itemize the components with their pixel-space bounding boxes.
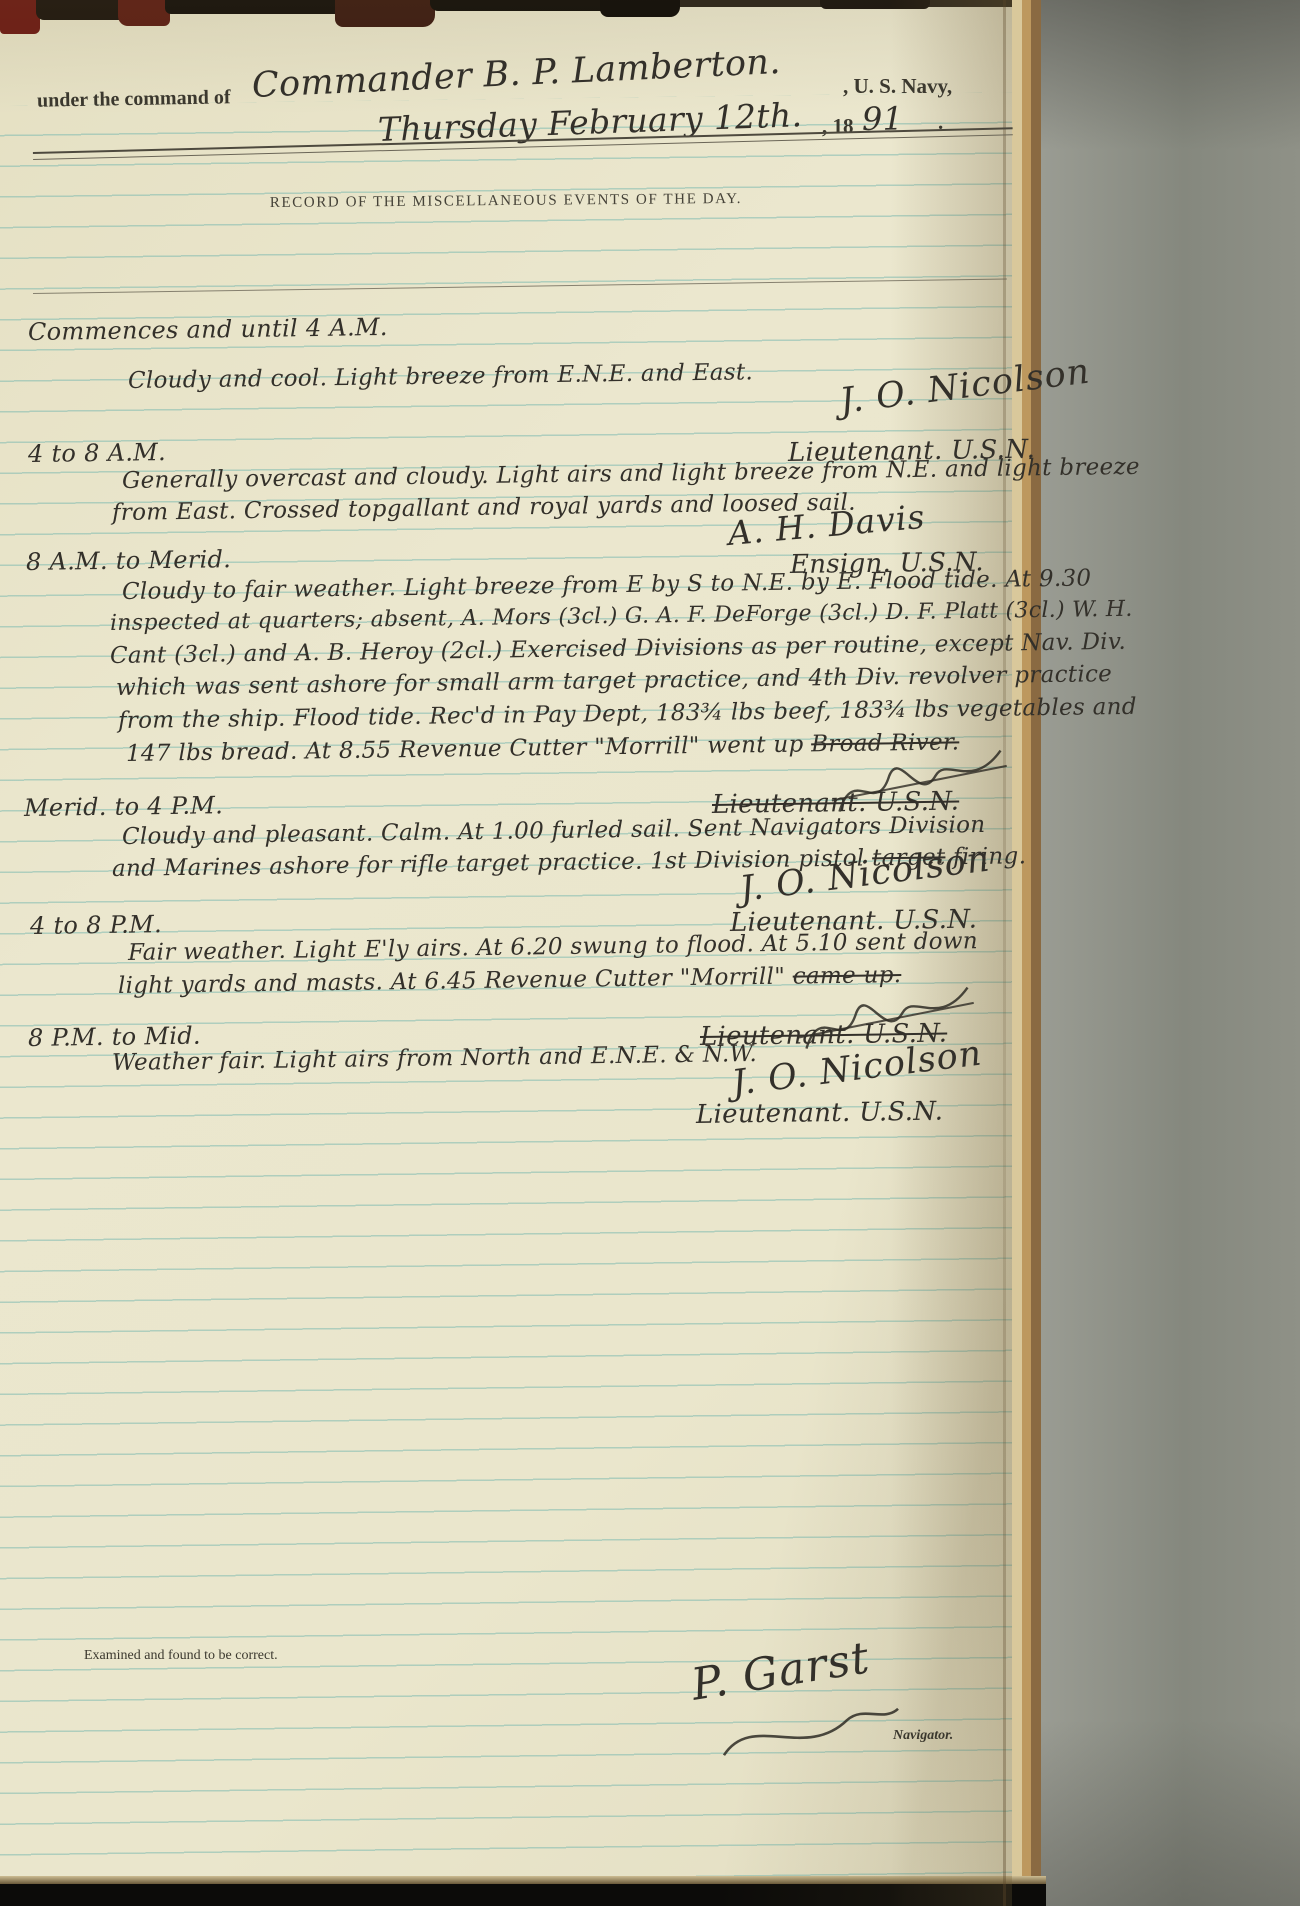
printed-command-prefix: under the command of: [37, 86, 231, 112]
binding-remnant: [0, 0, 40, 34]
bottom-binding: [0, 1884, 1046, 1906]
entry-heading: Merid. to 4 P.M.: [24, 791, 223, 822]
bottom-page-edge: [0, 1876, 1046, 1884]
page-stack-edge: [1031, 0, 1041, 1906]
binding-remnant: [335, 0, 435, 27]
binding-remnant: [600, 0, 680, 17]
entry-heading: Commences and until 4 A.M.: [28, 313, 388, 346]
entry-heading: 8 A.M. to Merid.: [26, 545, 232, 576]
binding-remnant: [820, 0, 930, 9]
entry-heading: 4 to 8 A.M.: [28, 438, 166, 468]
entry-heading: 4 to 8 P.M.: [30, 910, 162, 940]
scanner-background-shadow: [1041, 1720, 1300, 1906]
binding-remnant: [36, 0, 126, 20]
logbook-scan-page: under the command of Commander B. P. Lam…: [0, 0, 1300, 1906]
printed-us-navy: , U. S. Navy,: [843, 74, 952, 99]
binding-remnant: [118, 0, 170, 26]
scanner-background-shadow: [1041, 0, 1300, 150]
binding-remnant: [165, 0, 345, 14]
entry-heading: 8 P.M. to Mid.: [28, 1022, 201, 1052]
page-stack-edge: [1022, 0, 1031, 1906]
scanner-background: [1041, 0, 1300, 1906]
navigator-label: Navigator.: [893, 1728, 953, 1744]
page-crease: [1003, 0, 1006, 1906]
examined-statement: Examined and found to be correct.: [84, 1648, 278, 1664]
page-stack-edge: [1012, 0, 1022, 1906]
signature-title: Lieutenant. U.S.N.: [696, 1097, 944, 1130]
